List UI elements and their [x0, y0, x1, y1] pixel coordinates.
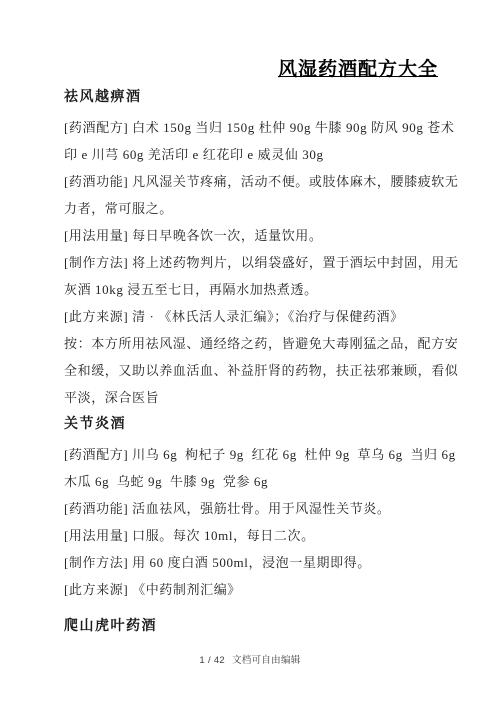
document-content: 风湿药酒配方大全 祛风越痹酒 [药酒配方] 白术 150g 当归 150g 杜仲… — [0, 0, 500, 635]
recipe-line: [用法用量] 每日早晚各饮一次，适量饮用。 — [64, 222, 438, 249]
recipe-line: [药酒功能] 凡风湿关节疼痛，活动不便。或肢体麻木，腰膝疲软无 — [64, 168, 438, 195]
recipe-heading: 祛风越痹酒 — [64, 90, 438, 106]
recipe-line: [此方来源] 清 · 《林氏活人录汇编》；《治疗与保健药酒》 — [64, 303, 438, 330]
recipe-line: 平淡，深合医旨 — [64, 384, 438, 411]
recipe-line: [制作方法] 将上述药物判片，以绢袋盛好，置于酒坛中封固，用无 — [64, 249, 438, 276]
document-page: 风湿药酒配方大全 祛风越痹酒 [药酒配方] 白术 150g 当归 150g 杜仲… — [0, 0, 500, 708]
recipe-heading: 爬山虎叶药酒 — [64, 619, 438, 635]
recipe-line: 印 e 川芎 60g 羌活印 e 红花印 e 威灵仙 30g — [64, 141, 438, 168]
recipe-line: 力者，常可服之。 — [64, 195, 438, 222]
footer-note: 文档可自由编辑 — [230, 655, 303, 666]
recipe-line: [制作方法] 用 60 度白酒 500ml，浸泡一星期即得。 — [64, 549, 438, 576]
recipe-line: [药酒功能] 活血祛风，强筋壮骨。用于风湿性关节炎。 — [64, 495, 438, 522]
recipe-line: 全和缓，又助以养血活血、补益肝肾的药物，扶正祛邪兼顾，看似 — [64, 357, 438, 384]
recipe-line: 木瓜 6g 乌蛇 9g 牛膝 9g 党参 6g — [64, 468, 438, 495]
recipe-line: [用法用量] 口服。每次 10ml，每日二次。 — [64, 522, 438, 549]
recipe-line: [此方来源] 《中药制剂汇编》 — [64, 576, 438, 603]
recipe-line: [药酒配方] 川乌 6g 枸杞子 9g 红花 6g 杜仲 9g 草乌 6g 当归… — [64, 441, 438, 468]
recipe-section-guanjieyan: 关节炎酒 [药酒配方] 川乌 6g 枸杞子 9g 红花 6g 杜仲 9g 草乌 … — [64, 417, 438, 603]
recipe-section-qufengyuebi: 祛风越痹酒 [药酒配方] 白术 150g 当归 150g 杜仲 90g 牛膝 9… — [64, 90, 438, 411]
page-footer: 1 / 42 文档可自由编辑 — [0, 652, 500, 666]
recipe-heading: 关节炎酒 — [64, 417, 438, 433]
recipe-line: [药酒配方] 白术 150g 当归 150g 杜仲 90g 牛膝 90g 防风 … — [64, 114, 438, 141]
document-title: 风湿药酒配方大全 — [64, 58, 438, 82]
page-number: 1 / 42 — [197, 655, 227, 666]
recipe-section-pashanhuye: 爬山虎叶药酒 — [64, 619, 438, 635]
recipe-line: 按：本方所用祛风湿、通经络之药，皆避免大毒刚猛之品，配方安 — [64, 330, 438, 357]
recipe-line: 灰酒 10kg 浸五至七日，再隔水加热煮透。 — [64, 276, 438, 303]
